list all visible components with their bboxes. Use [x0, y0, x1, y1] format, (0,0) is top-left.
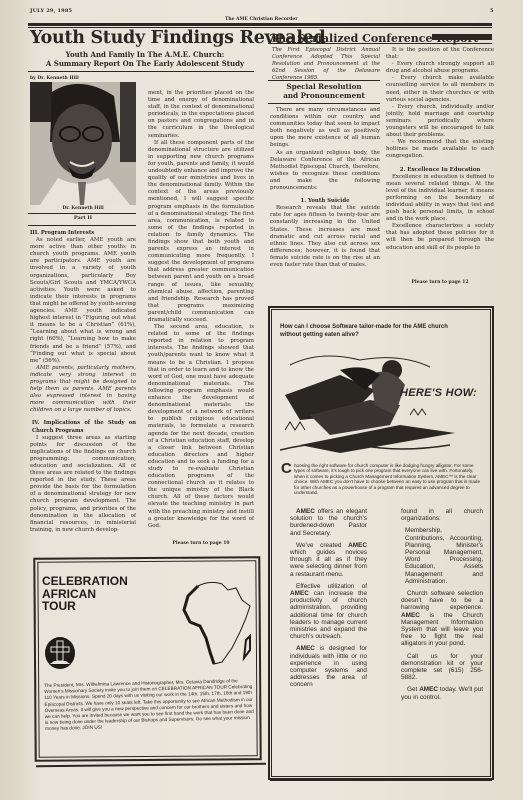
section-heading: 2. Excellence In Education	[386, 167, 494, 174]
bullet-item: - Every church, individually and/or join…	[386, 104, 494, 139]
divider	[28, 71, 254, 72]
part-label: Part II	[30, 215, 136, 221]
article1-subhead: Youth And Family In The A.M.E. Church: A…	[40, 50, 250, 68]
text: is designed for individuals with little …	[290, 645, 367, 688]
ad-tagline: HERE'S HOW:	[400, 387, 477, 399]
author-photo	[30, 82, 136, 205]
ad-column1: AMEC offers an elegant solution to the c…	[290, 508, 367, 694]
article2-column1: There are many circumstances and conditi…	[270, 107, 380, 292]
section-heading: III. Program Interests	[30, 230, 136, 237]
header-rule	[28, 23, 492, 26]
photo-caption: Dr. Kenneth Hill	[30, 206, 136, 211]
paragraph: There are many circumstances and conditi…	[270, 107, 380, 150]
article2-intro: The First Episcopal District Annual Conf…	[272, 47, 380, 82]
divider	[28, 213, 136, 214]
paragraph: Church software selection doesn't have t…	[401, 590, 483, 648]
cross-emblem-icon	[44, 636, 76, 670]
divider	[36, 763, 266, 767]
article1-column1: III. Program Interests As noted earlier,…	[30, 230, 136, 550]
section-heading: IV. Implications of the Study on Church …	[30, 420, 136, 434]
paragraph: We've created AMEC which guides novices …	[290, 542, 367, 578]
paragraph: Get AMEC today. We'll put you in control…	[401, 686, 483, 700]
paragraph: As an organized religious body, the Dela…	[270, 150, 380, 193]
text: can increase the productivity of church …	[290, 590, 367, 640]
divider	[270, 780, 492, 781]
alligator-illustration	[280, 345, 485, 460]
issue-date: JULY 29, 1985	[30, 8, 72, 14]
bullet-item: - We recommend that the existing hotline…	[386, 139, 494, 160]
section-title: Special Resolution and Pronouncement	[268, 83, 380, 101]
text: We've created	[296, 542, 348, 549]
byline: by Dr. Kenneth Hill	[30, 76, 79, 81]
divider	[28, 225, 136, 226]
page-number: 5	[490, 8, 493, 14]
bullet-item: - Every church make available counsellin…	[386, 75, 494, 103]
text: Get	[407, 686, 419, 693]
ad-title-line3: TOUR	[42, 600, 128, 613]
paragraph: As noted earlier, AME youth are more act…	[30, 237, 136, 365]
paragraph: It is the position of the Conference tha…	[386, 47, 494, 61]
newspaper-page: JULY 29, 1985 The AME Christian Recorder…	[0, 0, 523, 800]
brand-name: AMEC	[296, 508, 315, 515]
section-title-line2: and Pronouncement	[268, 92, 380, 101]
brand-name: AMEC	[401, 612, 420, 619]
africa-map-icon	[180, 578, 255, 668]
paragraph: If all these component parts of the deno…	[148, 140, 254, 324]
paragraph: Effective utilization of AMEC can increa…	[290, 583, 367, 641]
ad-lead-paragraph: hoosing the right software for church co…	[294, 463, 482, 495]
paragraph: AMEC is designed for individuals with li…	[290, 645, 367, 688]
brand-name: AMEC	[296, 645, 315, 652]
brand-name: AMEC	[348, 542, 367, 549]
paragraph: Excellence characterizes a society that …	[386, 223, 494, 251]
paragraph: ment, in the priorities placed on the ti…	[148, 90, 254, 140]
paragraph: Research reveals that the suicide rate f…	[270, 205, 380, 269]
paragraph: Excellence in education is defined to me…	[386, 174, 494, 224]
portrait-image	[30, 82, 136, 205]
feature-list: Membership, Contributions, Accounting, P…	[401, 527, 483, 585]
ad-column2: found in all church organizations: Membe…	[401, 508, 483, 706]
text: which guides novices through it all as i…	[290, 549, 367, 578]
headline-bar	[432, 34, 492, 40]
ad-title: CELEBRATION AFRICAN TOUR	[42, 575, 128, 613]
text: Church software selection doesn't have t…	[401, 590, 483, 611]
text: Effective utilization of	[296, 583, 367, 590]
paragraph: AME parents, particularly mothers, indic…	[30, 365, 136, 415]
paragraph: AMEC offers an elegant solution to the c…	[290, 508, 367, 537]
drop-cap: C	[281, 462, 292, 476]
brand-name: AMEC	[290, 590, 309, 597]
divider	[268, 43, 492, 44]
publication-name: The AME Christian Recorder	[225, 17, 298, 22]
bullet-item: - Every church strongly support all drug…	[386, 61, 494, 75]
article1-subhead-line2: A Summary Report On The Early Adolescent…	[40, 59, 250, 68]
paragraph: I suggest three areas as starting points…	[30, 435, 136, 534]
paragraph: The second area, education, is related t…	[148, 324, 254, 530]
divider	[268, 80, 380, 81]
continued-notice: Please turn to page 10	[148, 541, 254, 546]
ad-question: How can I choose Software tailor-made fo…	[280, 323, 464, 339]
ad-title-line1: CELEBRATION	[42, 575, 128, 588]
article2-column2: It is the position of the Conference tha…	[386, 47, 494, 277]
article1-column2: ment, in the priorities placed on the ti…	[148, 90, 254, 550]
brand-name: AMEC	[419, 686, 438, 693]
ad-body: The President, Mrs. Wilhelmina Lawrence …	[44, 678, 257, 733]
continued-notice: Please turn to page 12	[386, 280, 494, 285]
contact-paragraph: Call us for your demonstration kit or yo…	[401, 653, 483, 682]
section-heading: 1. Youth Suicide	[270, 198, 380, 205]
divider	[268, 103, 380, 104]
article1-subhead-line1: Youth And Family In The A.M.E. Church:	[40, 50, 250, 59]
paragraph: found in all church organizations:	[401, 508, 483, 522]
